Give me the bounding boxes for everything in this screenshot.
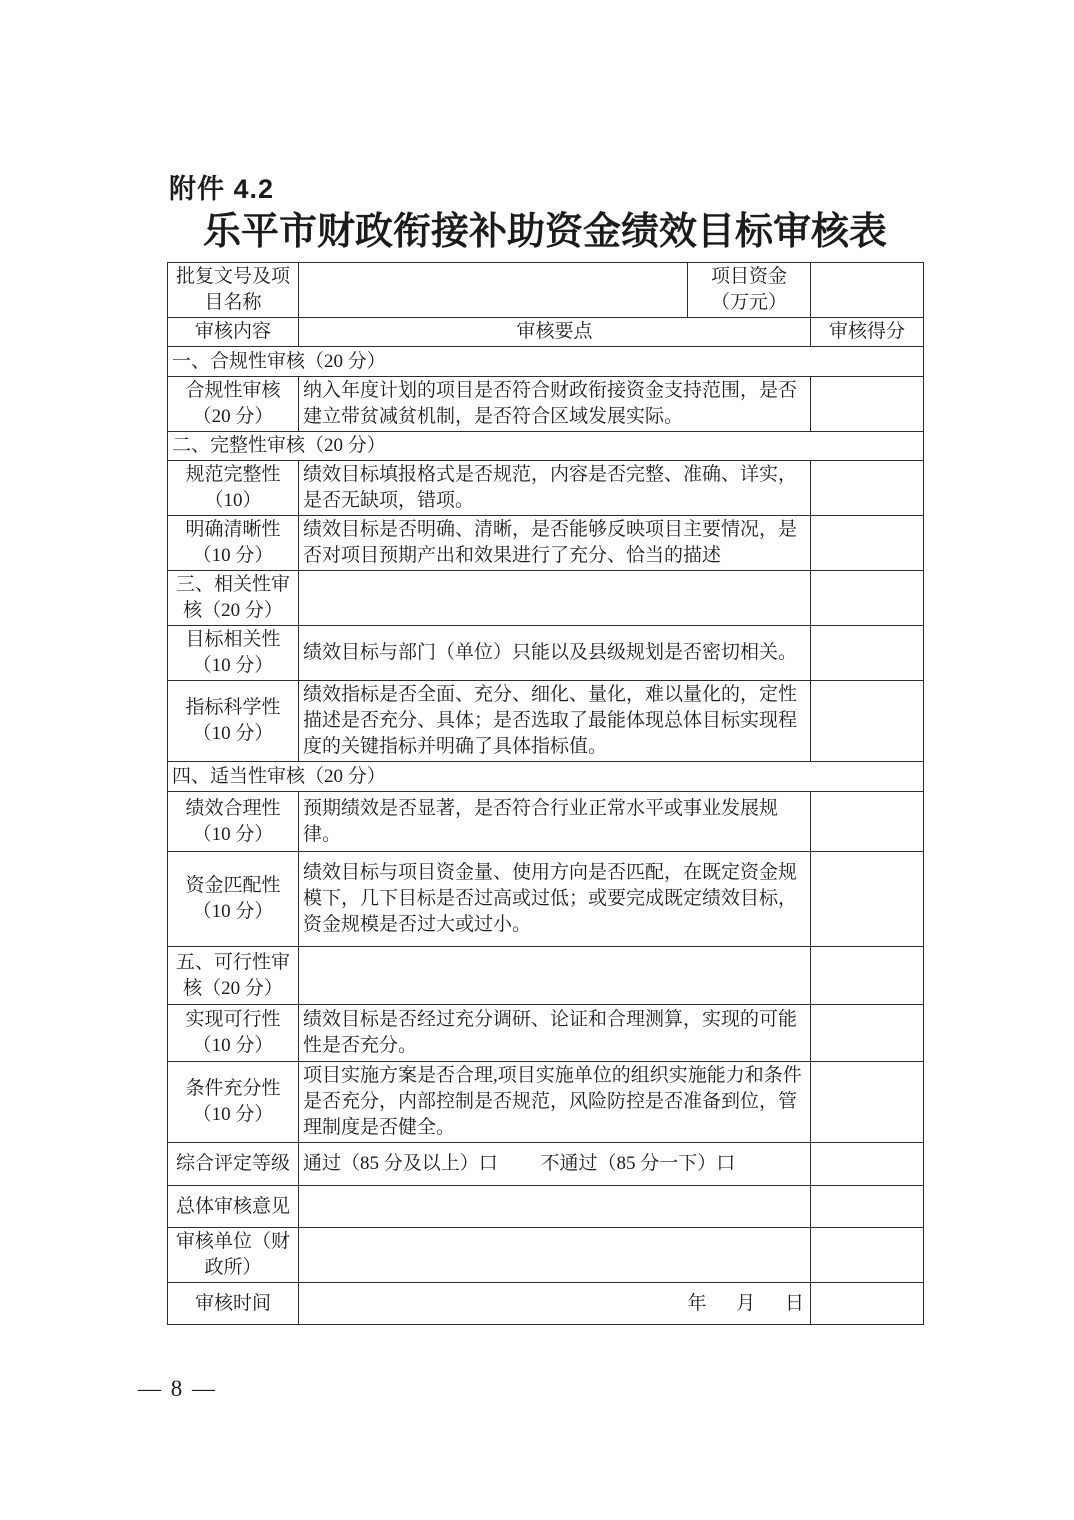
rating-options: 通过（85 分及以上）口 不通过（85 分一下）口 [299, 1143, 811, 1186]
attachment-label: 附件 4.2 [169, 174, 274, 205]
item-score-cell [811, 461, 924, 516]
item-name: 规范完整性 （10） [168, 461, 299, 516]
row-section-5: 五、可行性审 核（20 分） [168, 947, 924, 1005]
item-points: 绩效目标填报格式是否规范，内容是否完整、准确、详实，是否无缺项，错项。 [299, 461, 811, 516]
item-score-cell [811, 792, 924, 852]
item-name: 绩效合理性 （10 分） [168, 792, 299, 852]
item-name: 总体审核意见 [168, 1186, 299, 1228]
item-score-cell [811, 1283, 924, 1325]
opinion-value-cell [299, 1186, 811, 1228]
col-header-review-content: 审核内容 [168, 318, 299, 347]
item-score-cell [811, 571, 924, 626]
item-name: 审核时间 [168, 1283, 299, 1325]
row-indicator-science: 指标科学性 （10 分） 绩效指标是否全面、充分、细化、量化，难以量化的，定性描… [168, 681, 924, 762]
fund-label: 项目资金 （万元） [688, 263, 811, 318]
row-fund-matching: 资金匹配性 （10 分） 绩效目标与项目资金量、使用方向是否匹配，在既定资金规模… [168, 852, 924, 947]
item-score-cell [811, 626, 924, 681]
section-1-heading: 一、合规性审核（20 分） [168, 347, 924, 377]
item-points [299, 571, 811, 626]
item-points: 绩效目标是否经过充分调研、论证和合理测算，实现的可能性是否充分。 [299, 1005, 811, 1062]
row-feasibility: 实现可行性 （10 分） 绩效目标是否经过充分调研、论证和合理测算，实现的可能性… [168, 1005, 924, 1062]
row-performance-reasonable: 绩效合理性 （10 分） 预期绩效是否显著，是否符合行业正常水平或事业发展规律。 [168, 792, 924, 852]
row-section-1: 一、合规性审核（20 分） [168, 347, 924, 377]
col-header-review-points: 审核要点 [299, 318, 811, 347]
doc-number-label: 批复文号及项 目名称 [168, 263, 299, 318]
page-title: 乐平市财政衔接补助资金绩效目标审核表 [167, 209, 923, 257]
item-name: 审核单位（财 政所） [168, 1228, 299, 1283]
item-name: 资金匹配性 （10 分） [168, 852, 299, 947]
item-name: 指标科学性 （10 分） [168, 681, 299, 762]
col-header-review-score: 审核得分 [811, 318, 924, 347]
row-review-date: 审核时间 年 月 日 [168, 1283, 924, 1325]
item-score-cell [811, 681, 924, 762]
item-score-cell [811, 516, 924, 571]
item-name: 明确清晰性 （10 分） [168, 516, 299, 571]
item-score-cell [811, 1143, 924, 1186]
section-3-heading: 三、相关性审 核（20 分） [168, 571, 299, 626]
item-score-cell [811, 1228, 924, 1283]
row-completeness: 规范完整性 （10） 绩效目标填报格式是否规范，内容是否完整、准确、详实，是否无… [168, 461, 924, 516]
item-points: 绩效指标是否全面、充分、细化、量化，难以量化的，定性描述是否充分、具体；是否选取… [299, 681, 811, 762]
row-section-4: 四、适当性审核（20 分） [168, 762, 924, 792]
item-points: 预期绩效是否显著，是否符合行业正常水平或事业发展规律。 [299, 792, 811, 852]
date-placeholder: 年 月 日 [299, 1283, 811, 1325]
row-condition-sufficiency: 条件充分性 （10 分） 项目实施方案是否合理,项目实施单位的组织实施能力和条件… [168, 1062, 924, 1143]
document-page: 附件 4.2 乐平市财政衔接补助资金绩效目标审核表 批复文号及项 目名称 项目资… [0, 0, 1074, 1520]
page-number: — 8 — [138, 1376, 217, 1402]
fund-value-cell [811, 263, 924, 318]
unit-value-cell [299, 1228, 811, 1283]
row-overall-opinion: 总体审核意见 [168, 1186, 924, 1228]
item-score-cell [811, 1186, 924, 1228]
item-score-cell [811, 377, 924, 432]
item-points: 绩效目标与项目资金量、使用方向是否匹配，在既定资金规模下，几下目标是否过高或过低… [299, 852, 811, 947]
item-points: 绩效目标与部门（单位）只能以及县级规划是否密切相关。 [299, 626, 811, 681]
item-score-cell [811, 852, 924, 947]
item-name: 条件充分性 （10 分） [168, 1062, 299, 1143]
item-points: 项目实施方案是否合理,项目实施单位的组织实施能力和条件是否充分，内部控制是否规范… [299, 1062, 811, 1143]
item-points: 纳入年度计划的项目是否符合财政衔接资金支持范围，是否建立带贫减贫机制，是否符合区… [299, 377, 811, 432]
section-2-heading: 二、完整性审核（20 分） [168, 432, 924, 461]
section-4-heading: 四、适当性审核（20 分） [168, 762, 924, 792]
row-section-3: 三、相关性审 核（20 分） [168, 571, 924, 626]
row-doc-info: 批复文号及项 目名称 项目资金 （万元） [168, 263, 924, 318]
item-name: 综合评定等级 [168, 1143, 299, 1186]
item-name: 合规性审核 （20 分） [168, 377, 299, 432]
row-section-2: 二、完整性审核（20 分） [168, 432, 924, 461]
item-name: 实现可行性 （10 分） [168, 1005, 299, 1062]
row-column-headers: 审核内容 审核要点 审核得分 [168, 318, 924, 347]
item-points [299, 947, 811, 1005]
item-name: 目标相关性 （10 分） [168, 626, 299, 681]
review-table: 批复文号及项 目名称 项目资金 （万元） 审核内容 审核要点 审核得分 一、合规… [167, 262, 924, 1325]
row-compliance: 合规性审核 （20 分） 纳入年度计划的项目是否符合财政衔接资金支持范围，是否建… [168, 377, 924, 432]
item-score-cell [811, 1005, 924, 1062]
item-points: 绩效目标是否明确、清晰，是否能够反映项目主要情况，是否对项目预期产出和效果进行了… [299, 516, 811, 571]
section-5-heading: 五、可行性审 核（20 分） [168, 947, 299, 1005]
item-score-cell [811, 947, 924, 1005]
row-review-unit: 审核单位（财 政所） [168, 1228, 924, 1283]
item-score-cell [811, 1062, 924, 1143]
row-overall-rating: 综合评定等级 通过（85 分及以上）口 不通过（85 分一下）口 [168, 1143, 924, 1186]
row-target-relevance: 目标相关性 （10 分） 绩效目标与部门（单位）只能以及县级规划是否密切相关。 [168, 626, 924, 681]
row-clarity: 明确清晰性 （10 分） 绩效目标是否明确、清晰，是否能够反映项目主要情况，是否… [168, 516, 924, 571]
doc-number-value-cell [299, 263, 688, 318]
